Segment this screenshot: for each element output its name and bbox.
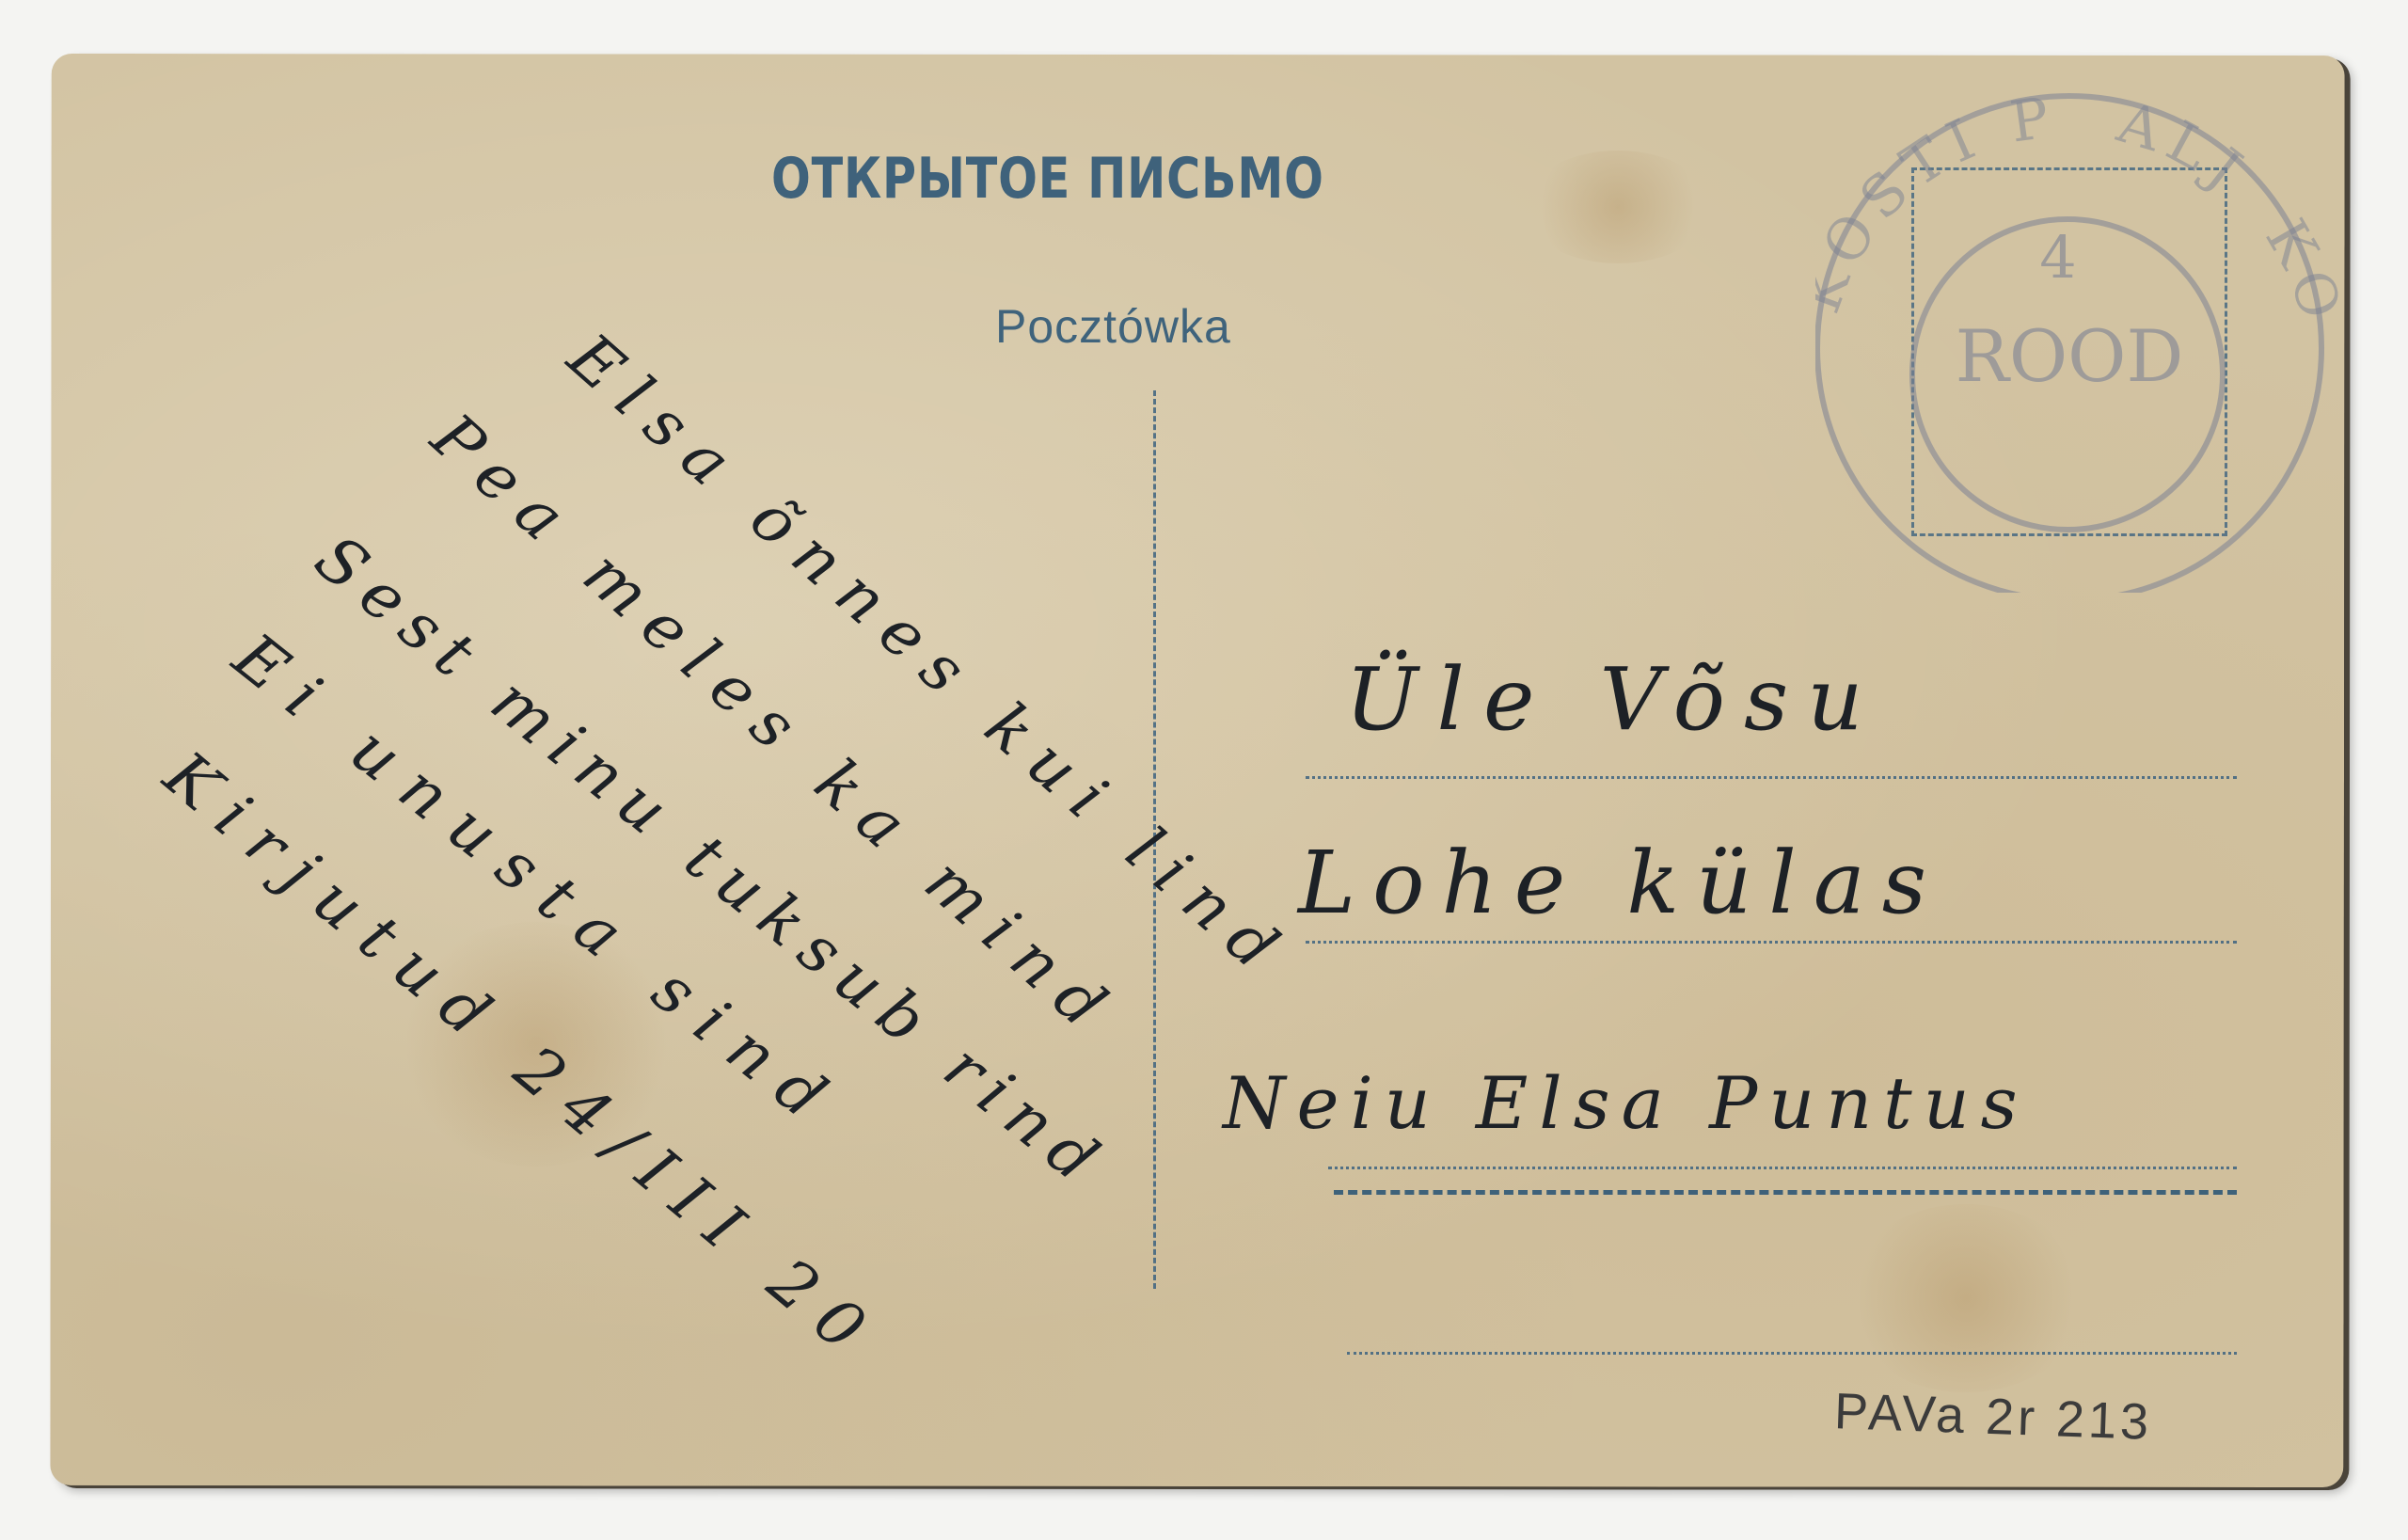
address-line-text-2: Lohe külas [1298, 833, 1943, 933]
postmark-ring-text-3: KO [2253, 209, 2342, 336]
paper-stain [1524, 151, 1712, 263]
svg-text:KO: KO [2253, 209, 2342, 336]
archive-reference-note: PAVa 2r 213 [1833, 1382, 2153, 1452]
address-line-1 [1306, 776, 2237, 779]
postmark-ring-text-2: ALJ [2110, 89, 2261, 208]
address-line-text-1: Üle Võsu [1345, 649, 1882, 750]
address-line-4 [1334, 1190, 2237, 1195]
address-line-2 [1306, 941, 2237, 944]
postmark-text: ROOD [1956, 314, 2184, 398]
postmark-icon: 4 ROOD KOSTI P ALJ KO [1815, 66, 2342, 593]
address-line-text-3: Neiu Elsa Puntus [1223, 1061, 2029, 1145]
postcard-title: ОТКРЫТОЕ ПИСЬМО [771, 146, 1465, 212]
address-line-3 [1328, 1167, 2237, 1169]
postmark-number: 4 [2039, 223, 2076, 292]
svg-text:ALJ: ALJ [2110, 89, 2261, 208]
postcard-subtitle: Pocztówka [995, 299, 1231, 354]
paper-stain [1844, 1204, 2088, 1392]
address-line-5 [1347, 1352, 2237, 1355]
